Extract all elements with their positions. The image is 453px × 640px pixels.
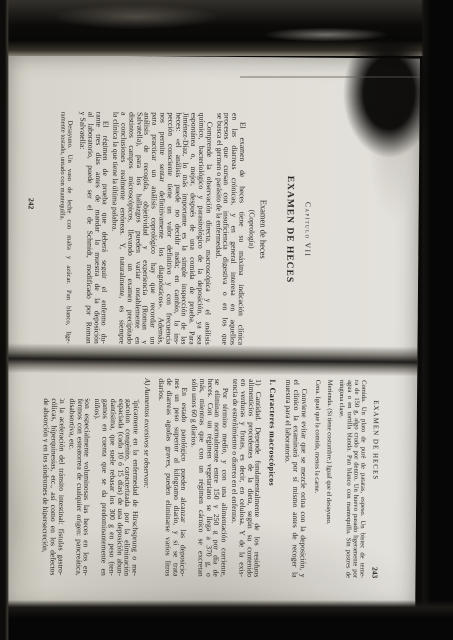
page-243: EXAMEN DE HECES 243 Comida. Un plato de … bbox=[3, 352, 417, 614]
scanner-edge-bottom bbox=[0, 600, 453, 640]
scanner-edge-left bbox=[0, 0, 9, 640]
page-243-content: EXAMEN DE HECES 243 Comida. Un plato de … bbox=[41, 377, 381, 578]
text-line: gacolon congénito, caracterizada por la … bbox=[123, 399, 132, 576]
paragraph-intro: El examen de heces tiene su máxima indic… bbox=[213, 113, 246, 345]
chapter-subsubtitle: (Coprología) bbox=[246, 113, 257, 345]
list-heading-aumentos: A) Aumentos excesivos se observan: bbox=[142, 378, 153, 576]
paragraph-cantidad: 1) Cantidad. Depende fundamentalmente de… bbox=[230, 379, 263, 577]
chapter-title: EXAMEN DE HECES bbox=[283, 113, 295, 345]
chapter-label: Capítulo VII bbox=[302, 114, 313, 346]
paragraph-conviene: Conviene evitar que se mezcle orina con … bbox=[283, 379, 308, 577]
text-line: espaciada (cada 10 ó 15 días) de una dep… bbox=[115, 399, 124, 576]
page-number-243: 243 bbox=[370, 567, 379, 578]
diet-merienda: Merienda. (Si tiene costumbre.) Igual qu… bbox=[325, 380, 334, 578]
running-header-title: EXAMEN DE HECES bbox=[371, 400, 380, 480]
text-line: dantísima, que suele rebasar los 300 g e… bbox=[107, 399, 116, 576]
paragraph-termino-medio: Por término medio, y con una alimentació… bbox=[189, 379, 230, 577]
text-line: a) Típicamente en la enfermedad de Hirsc… bbox=[131, 399, 140, 576]
scanned-book-photo: Capítulo VII EXAMEN DE HECES Examen de h… bbox=[0, 0, 453, 640]
text-line: fermos con esteatorrea de cualquier orig… bbox=[74, 399, 83, 576]
paragraph-regimen: El régimen de prueba que deberá seguir e… bbox=[77, 112, 110, 344]
text-line: b) Son especialmente voluminosas las hec… bbox=[82, 399, 91, 576]
page-number-242: 242 bbox=[25, 55, 37, 352]
aumentos-list: a) Típicamente en la enfermedad de Hirsc… bbox=[41, 377, 140, 576]
chapter-subtitle: Examen de heces bbox=[257, 113, 269, 345]
text-line: Merienda. (Si tiene costumbre.) Igual qu… bbox=[325, 380, 334, 578]
text-line: Cena. Igual que la comida, menos la carn… bbox=[312, 380, 321, 578]
page-crease-line bbox=[240, 76, 420, 78]
running-header: EXAMEN DE HECES 243 bbox=[370, 380, 381, 578]
paragraph-estado-patologico: En estado patológico pueden alcanzar las… bbox=[156, 378, 189, 576]
scanner-shadow-top-right bbox=[343, 28, 435, 158]
text-line: de absorción y en los síndromes de hiper… bbox=[41, 398, 50, 575]
text-line: c) En la aceleración del tránsito intest… bbox=[57, 398, 66, 575]
diet-cena: Cena. Igual que la comida, menos la carn… bbox=[312, 380, 321, 578]
list-item-a: a) Típicamente en la enfermedad de Hirsc… bbox=[92, 386, 140, 576]
paragraph-comprende: Comprende la observación directa, macros… bbox=[110, 112, 213, 345]
text-line: gamos en cuenta que se da predominanteme… bbox=[100, 399, 109, 576]
diet-comida: Comida. Un plato de puré de patatas, esp… bbox=[337, 380, 367, 578]
list-item-c: c) En la aceleración del tránsito intest… bbox=[41, 385, 66, 575]
list-item-b: b) Son especialmente voluminosas las hec… bbox=[66, 386, 91, 576]
text-line: cólicas, hiperquinesias, etc., así como … bbox=[49, 398, 58, 575]
diet-desayuno: Desayuno. Un vaso de leche con malta y a… bbox=[57, 111, 73, 343]
section-heading-caracteres: I. Caracteres macroscópicos bbox=[266, 379, 278, 577]
